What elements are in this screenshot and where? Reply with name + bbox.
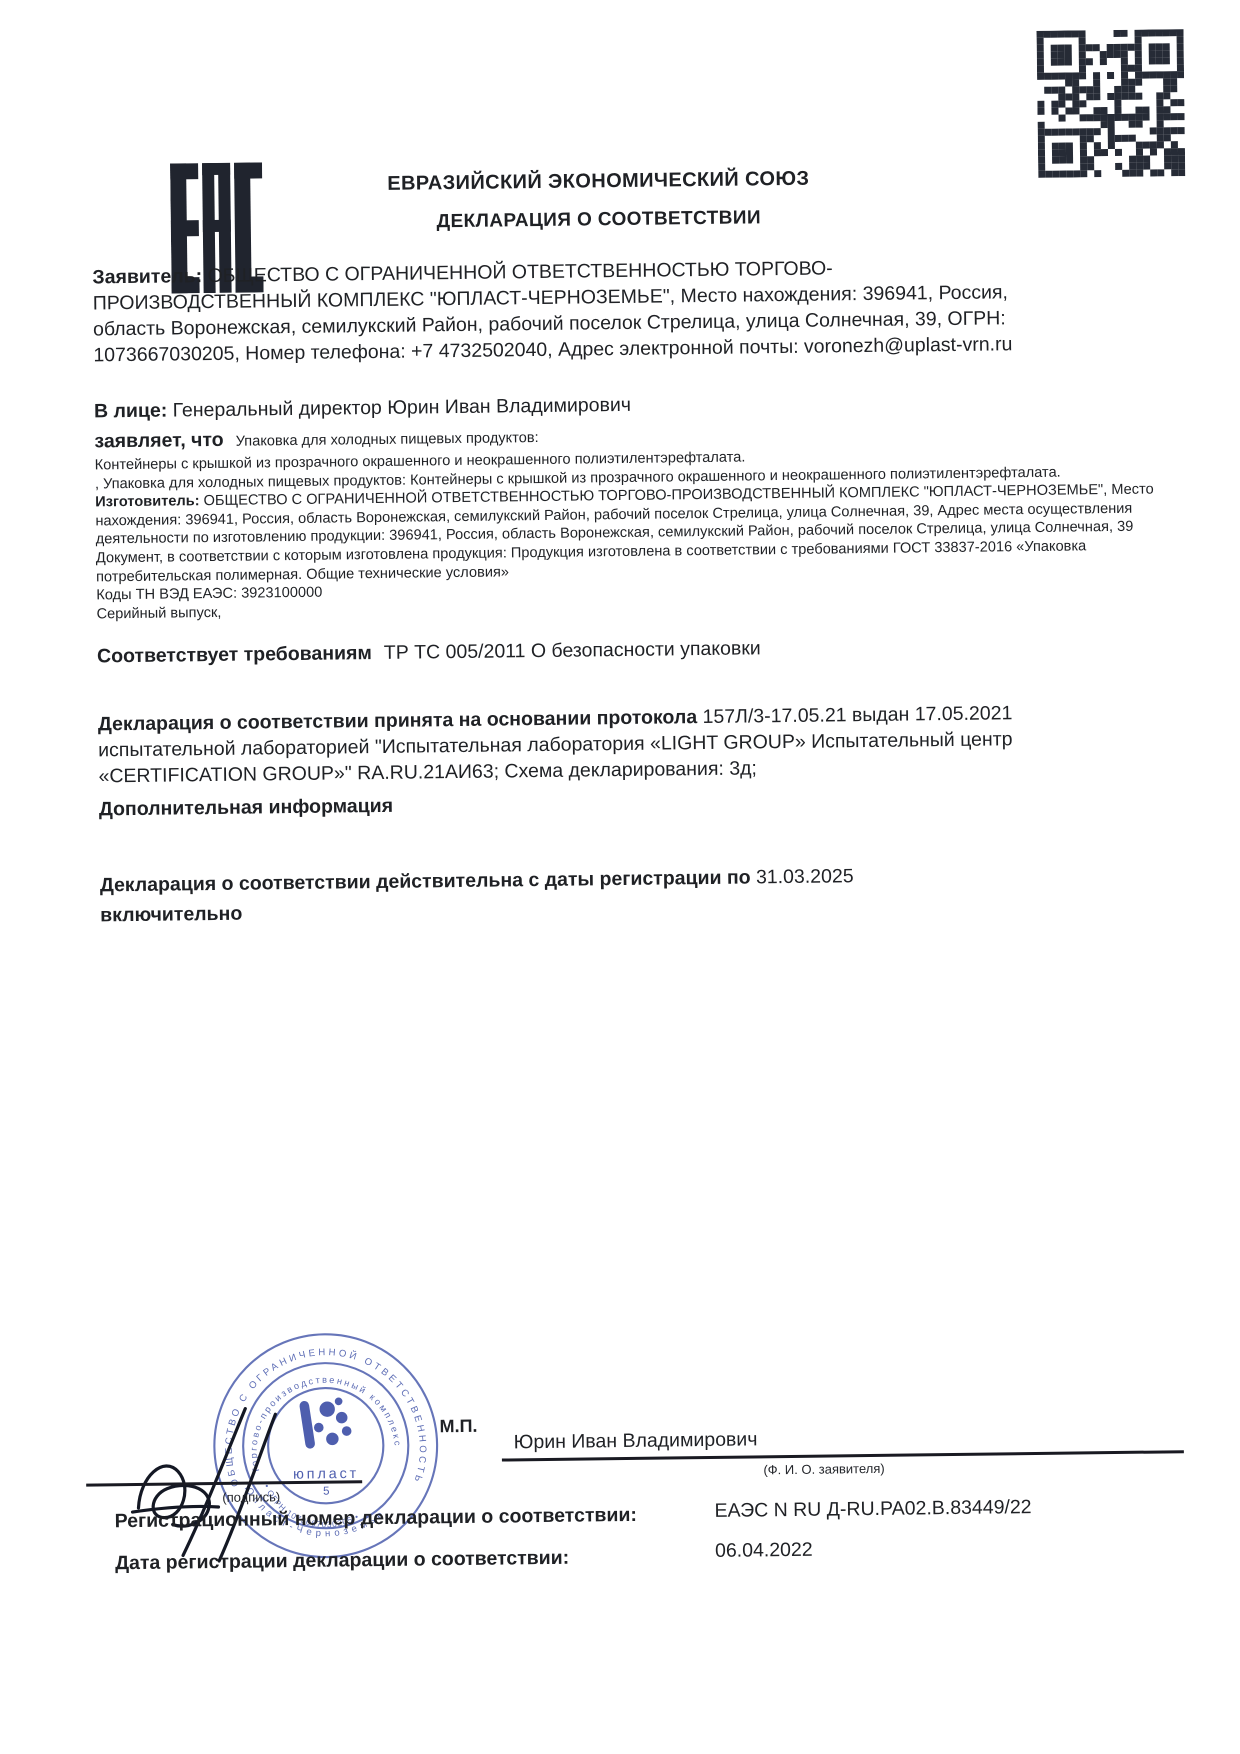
header-titles: ЕВРАЗИЙСКИЙ ЭКОНОМИЧЕСКИЙ СОЮЗ ДЕКЛАРАЦИ… [328,167,869,235]
validity-paragraph: Декларация о соответствии действительна … [100,861,1031,928]
handwritten-signature [121,1401,373,1574]
document-title: ДЕКЛАРАЦИЯ О СООТВЕТСТВИИ [329,206,869,235]
union-title: ЕВРАЗИЙСКИЙ ЭКОНОМИЧЕСКИЙ СОЮЗ [328,167,868,197]
declaration-sheet: ЕВРАЗИЙСКИЙ ЭКОНОМИЧЕСКИЙ СОЮЗ ДЕКЛАРАЦИ… [0,0,1240,1754]
mp-label: М.П. [439,1416,477,1437]
additional-info-label: Дополнительная информация [99,785,999,822]
applicant-paragraph: Заявитель: ОБЩЕСТВО С ОГРАНИЧЕННОЙ ОТВЕТ… [92,253,1043,369]
applicant-text: ОБЩЕСТВО С ОГРАНИЧЕННОЙ ОТВЕТСТВЕННОСТЬЮ… [93,257,1013,366]
person-label: В лице: [94,400,167,423]
name-caption: (Ф. И. О. заявителя) [654,1460,994,1479]
signature-caption: (подпись) [222,1489,280,1505]
person-paragraph: В лице: Генеральный директор Юрин Иван В… [94,387,1044,425]
applicant-label: Заявитель: [92,265,202,288]
compliance-label: Соответствует требованиям [97,642,372,667]
qr-code [1036,29,1185,178]
declares-label: заявляет, что [94,429,223,453]
product-description: Контейнеры с крышкой из прозрачного окра… [95,443,1175,624]
validity-label: Декларация о соответствии действительна … [100,866,751,896]
protocol-paragraph: Декларация о соответствии принята на осн… [98,700,1057,790]
registration-date-value: 06.04.2022 [715,1539,813,1563]
registration-number-value: ЕАЭС N RU Д-RU.РА02.В.83449/22 [714,1496,1031,1523]
registration-date-label: Дата регистрации декларации о соответств… [115,1547,569,1576]
person-text: Генеральный директор Юрин Иван Владимиро… [167,394,631,422]
validity-date: 31.03.2025 [756,865,854,888]
declares-inline-text: Упаковка для холодных пищевых продуктов: [236,430,539,450]
applicant-name: Юрин Иван Владимирович [514,1428,758,1454]
compliance-paragraph: Соответствует требованиямТР ТС 005/2011 … [97,631,1147,670]
protocol-label: Декларация о соответствии принята на осн… [98,706,698,735]
manufacturer-label: Изготовитель: [95,493,200,510]
compliance-text: ТР ТС 005/2011 О безопасности упаковки [384,637,761,664]
